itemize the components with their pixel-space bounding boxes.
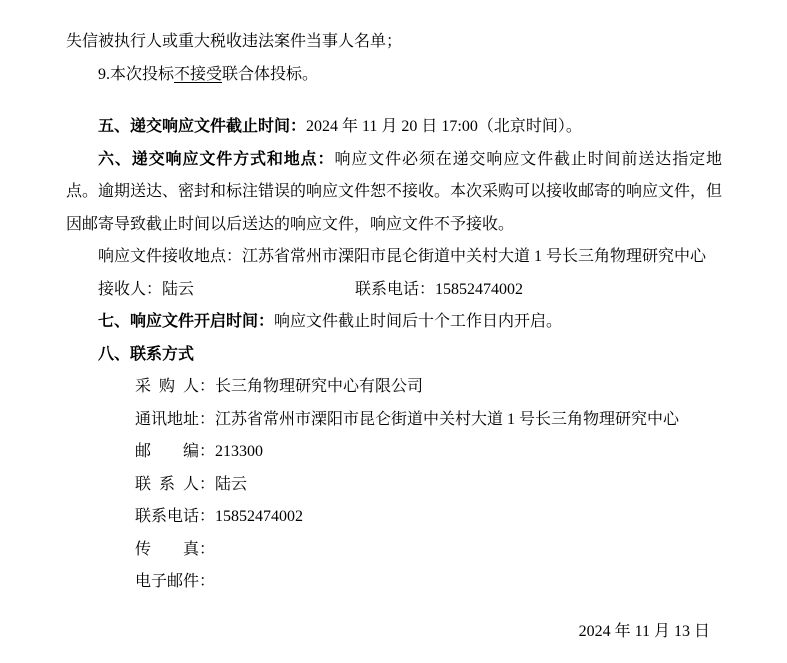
contact-value: 陆云 (215, 476, 247, 493)
document-date: 2024 年 11 月 13 日 (579, 623, 710, 640)
contact-label: 通讯地址 (135, 404, 199, 437)
item-9-prefix: 9.本次投标 (98, 66, 174, 83)
contact-colon: ： (199, 411, 215, 428)
contact-block: 采购人：长三角物理研究中心有限公司 通讯地址：江苏省常州市溧阳市昆仑街道中关村大… (135, 371, 722, 599)
contact-row-person: 联系人：陆云 (135, 469, 722, 502)
contact-colon: ： (199, 443, 215, 460)
document-date-line: 2024 年 11 月 13 日 (66, 616, 722, 649)
contact-row-postcode: 邮编：213300 (135, 436, 722, 469)
receiver-name: 接收人：陆云 (98, 274, 355, 307)
contact-label: 采购人 (135, 371, 199, 404)
contact-label: 电子邮件 (135, 566, 199, 599)
contact-label: 联系人 (135, 469, 199, 502)
contact-value: 江苏省常州市溧阳市昆仑街道中关村大道 1 号长三角物理研究中心 (215, 411, 679, 428)
contact-colon: ： (199, 573, 215, 590)
contact-row-email: 电子邮件： (135, 566, 722, 599)
contact-value: 15852474002 (215, 508, 303, 525)
contact-value: 213300 (215, 443, 263, 460)
contact-label: 联系电话 (135, 501, 199, 534)
receive-location-line: 响应文件接收地点：江苏省常州市溧阳市昆仑街道中关村大道 1 号长三角物理研究中心 (66, 241, 722, 274)
contact-label: 传真 (135, 534, 199, 567)
receive-location-text: 响应文件接收地点：江苏省常州市溧阳市昆仑街道中关村大道 1 号长三角物理研究中心 (98, 248, 706, 265)
receiver-phone: 联系电话：15852474002 (355, 281, 523, 298)
contact-row-buyer: 采购人：长三角物理研究中心有限公司 (135, 371, 722, 404)
contact-colon: ： (199, 508, 215, 525)
contact-colon: ： (199, 476, 215, 493)
contact-value: 长三角物理研究中心有限公司 (215, 378, 423, 395)
contact-row-fax: 传真： (135, 534, 722, 567)
item-9-underlined: 不接受 (174, 66, 222, 83)
contact-label: 邮编 (135, 436, 199, 469)
item-9-suffix: 联合体投标。 (222, 66, 318, 83)
receiver-line: 接收人：陆云联系电话：15852474002 (66, 274, 722, 307)
section-5-text: 2024 年 11 月 20 日 17:00（北京时间）。 (306, 118, 582, 135)
section-5: 五、递交响应文件截止时间：2024 年 11 月 20 日 17:00（北京时间… (66, 111, 722, 144)
item-9: 9.本次投标不接受联合体投标。 (66, 59, 722, 92)
section-7: 七、响应文件开启时间：响应文件截止时间后十个工作日内开启。 (66, 306, 722, 339)
contact-row-phone: 联系电话：15852474002 (135, 501, 722, 534)
paragraph-continuation: 失信被执行人或重大税收违法案件当事人名单； (66, 26, 722, 59)
section-6: 六、递交响应文件方式和地点：响应文件必须在递交响应文件截止时间前送达指定地点。逾… (66, 144, 722, 242)
document-page: 失信被执行人或重大税收违法案件当事人名单； 9.本次投标不接受联合体投标。 五、… (0, 0, 787, 663)
section-7-text: 响应文件截止时间后十个工作日内开启。 (274, 313, 562, 330)
contact-colon: ： (199, 378, 215, 395)
section-5-heading: 五、递交响应文件截止时间： (98, 118, 306, 135)
paragraph-continuation-text: 失信被执行人或重大税收违法案件当事人名单； (66, 33, 402, 50)
contact-colon: ： (199, 541, 215, 558)
contact-row-address: 通讯地址：江苏省常州市溧阳市昆仑街道中关村大道 1 号长三角物理研究中心 (135, 404, 722, 437)
section-8-heading-line: 八、联系方式 (66, 339, 722, 372)
section-8-heading: 八、联系方式 (98, 346, 194, 363)
section-7-heading: 七、响应文件开启时间： (98, 313, 274, 330)
section-6-heading: 六、递交响应文件方式和地点： (98, 151, 334, 168)
